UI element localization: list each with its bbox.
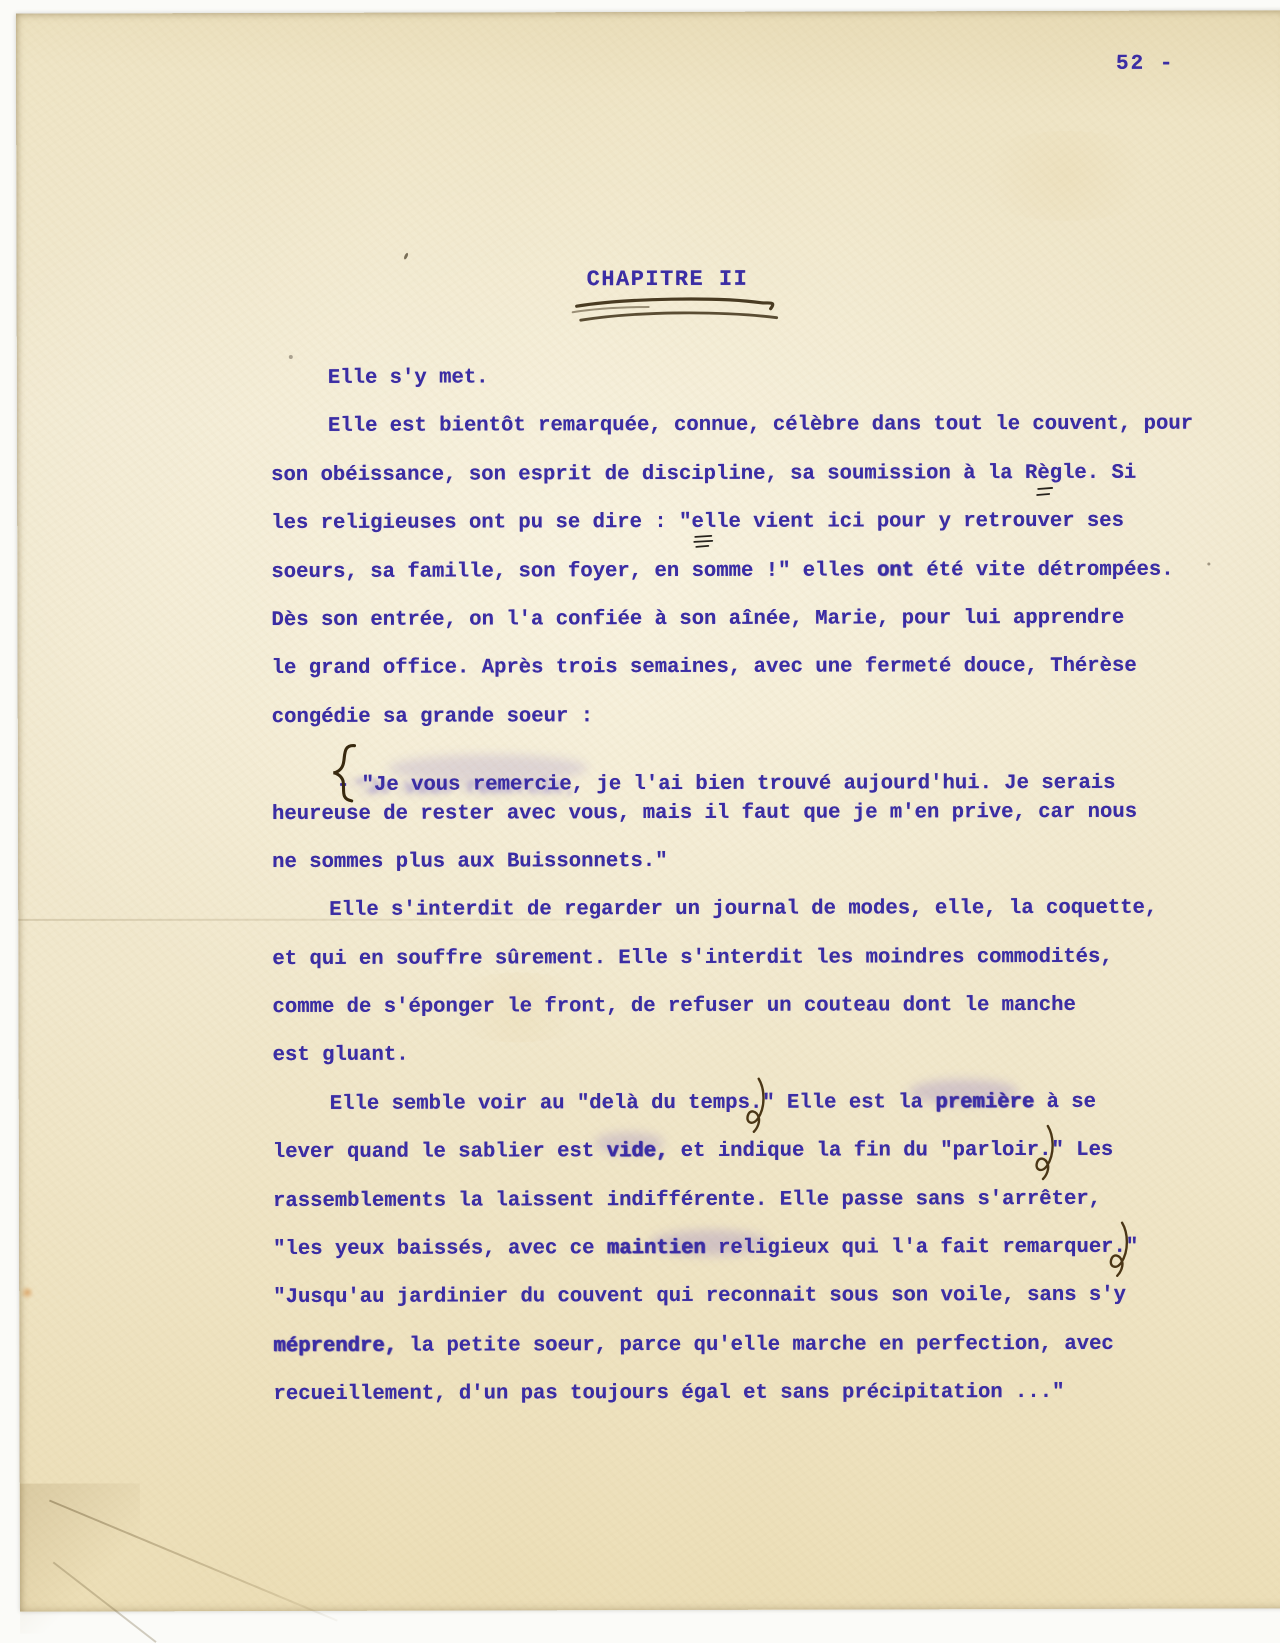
text-line: les religieuses ont pu se dire : "elle v… xyxy=(271,498,1231,549)
text-segment: Elle s'y met. xyxy=(328,366,489,389)
text-segment: "Jusqu'au jardinier du couvent qui recon… xyxy=(273,1284,1126,1309)
text-segment: . Si xyxy=(1087,462,1136,485)
text-segment: la petite soeur, parce qu'elle marche en… xyxy=(397,1333,1114,1358)
text-segment: lever quand le sablier est xyxy=(273,1140,607,1164)
text-segment: maintien xyxy=(607,1237,706,1260)
body-text: Elle s'y met.Elle est bientôt remarquée,… xyxy=(271,352,1234,1419)
text-line: est gluant. xyxy=(273,1030,1233,1081)
text-segment: "les yeux baissés, avec ce xyxy=(273,1237,607,1261)
text-line: "Jusqu'au jardinier du couvent qui recon… xyxy=(273,1272,1233,1323)
text-segment: et indique la fin du "parloir xyxy=(668,1139,1039,1163)
title-underline-icon xyxy=(569,294,787,331)
text-segment: son obéissance, son esprit de discipline… xyxy=(271,462,1025,487)
text-line: son obéissance, son esprit de discipline… xyxy=(271,449,1231,500)
text-segment: heureuse de rester avec vous, mais il fa… xyxy=(272,800,1137,825)
paper-stain xyxy=(966,131,1166,222)
paper-corner-fold xyxy=(20,1483,140,1620)
paper-stain xyxy=(21,1286,33,1300)
text-line: Elle s'interdit de regarder un journal d… xyxy=(272,885,1232,936)
text-segment: méprendre, xyxy=(273,1334,397,1357)
text-segment: soeurs, sa famille, son foyer, en somme … xyxy=(271,559,877,584)
text-line: Dès son entrée, on l'a confiée à son aîn… xyxy=(271,594,1231,645)
text-segment: le grand office. Après trois semaines, a… xyxy=(272,655,1137,680)
text-line: ne sommes plus aux Buissonnets." xyxy=(272,836,1232,887)
text-line: - "Je vous remercie, je l'ai bien trouvé… xyxy=(272,740,1232,791)
text-line: congédie sa grande soeur : xyxy=(272,691,1232,742)
text-line: comme de s'éponger le front, de refuser … xyxy=(272,982,1232,1033)
text-segment: est gluant. xyxy=(273,1044,409,1067)
text-segment: congédie sa grande soeur : xyxy=(272,705,593,729)
manuscript-page: 52 - CHAPITRE II Elle s'y met.Elle est b… xyxy=(16,10,1280,1611)
text-line: recueillement, d'un pas toujours égal et… xyxy=(273,1369,1233,1420)
double-underline-icon xyxy=(1035,487,1055,499)
text-segment: ont xyxy=(877,559,914,582)
text-segment: Les xyxy=(1064,1139,1113,1162)
text-segment: Elle est bientôt remarquée, connue, célè… xyxy=(328,413,1193,438)
text-segment: recueillement, d'un pas toujours égal et… xyxy=(273,1381,1064,1406)
transposition-mark-icon xyxy=(1108,1221,1134,1279)
text-segment: Elle est la xyxy=(775,1091,936,1114)
text-segment: ne sommes plus aux Buissonnets." xyxy=(272,850,668,874)
transposition-mark-icon xyxy=(745,1077,771,1135)
text-line: méprendre, la petite soeur, parce qu'ell… xyxy=(273,1320,1233,1371)
text-segment: elle xyxy=(691,511,740,534)
text-segment: ." xyxy=(1114,1236,1139,1259)
text-segment: et qui en souffre sûrement. Elle s'inter… xyxy=(272,945,1112,970)
text-line: rassemblements la laissent indifférente.… xyxy=(273,1175,1233,1226)
text-line: le grand office. Après trois semaines, a… xyxy=(272,643,1232,694)
text-line: soeurs, sa famille, son foyer, en somme … xyxy=(271,546,1231,597)
text-segment: vient ici pour y retrouver ses xyxy=(741,510,1124,534)
text-segment: vide, xyxy=(607,1140,669,1163)
text-segment: comme de s'éponger le front, de refuser … xyxy=(272,994,1075,1019)
text-segment: été vite détrompées. xyxy=(914,558,1174,582)
text-segment: Elle s'interdit de regarder un journal d… xyxy=(329,897,1157,922)
text-line: Elle est bientôt remarquée, connue, célè… xyxy=(271,401,1231,452)
text-segment: Elle semble voir au "delà du temps xyxy=(330,1092,750,1116)
text-line: "les yeux baissés, avec ce maintien reli… xyxy=(273,1224,1233,1275)
transposition-mark-icon xyxy=(1034,1124,1060,1182)
text-line: et qui en souffre sûrement. Elle s'inter… xyxy=(272,933,1232,984)
text-segment: à se xyxy=(1034,1091,1096,1114)
text-segment: Règle xyxy=(1025,462,1087,485)
text-segment: Dès son entrée, on l'a confiée à son aîn… xyxy=(271,607,1124,632)
text-segment: rassemblements la laissent indifférente.… xyxy=(273,1187,1101,1212)
text-segment: je l'ai bien trouvé aujourd'hui. Je sera… xyxy=(584,772,1115,796)
text-line: Elle semble voir au "delà du temps." Ell… xyxy=(273,1078,1233,1129)
text-line: Elle s'y met. xyxy=(271,352,1231,403)
text-line: lever quand le sablier est vide, et indi… xyxy=(273,1127,1233,1178)
text-segment: première xyxy=(935,1091,1034,1114)
paper-speck xyxy=(403,252,409,260)
page-number: 52 - xyxy=(1116,53,1174,76)
chapter-title: CHAPITRE II xyxy=(587,267,749,292)
text-segment: religieux qui l'a fait remarquer xyxy=(706,1236,1114,1260)
handwritten-brace-icon xyxy=(329,742,359,804)
text-segment: "Je vous remercie, xyxy=(362,773,585,797)
text-segment: ." xyxy=(1039,1139,1064,1162)
text-segment: ." xyxy=(750,1092,775,1115)
text-segment: les religieuses ont pu se dire : " xyxy=(271,511,691,535)
